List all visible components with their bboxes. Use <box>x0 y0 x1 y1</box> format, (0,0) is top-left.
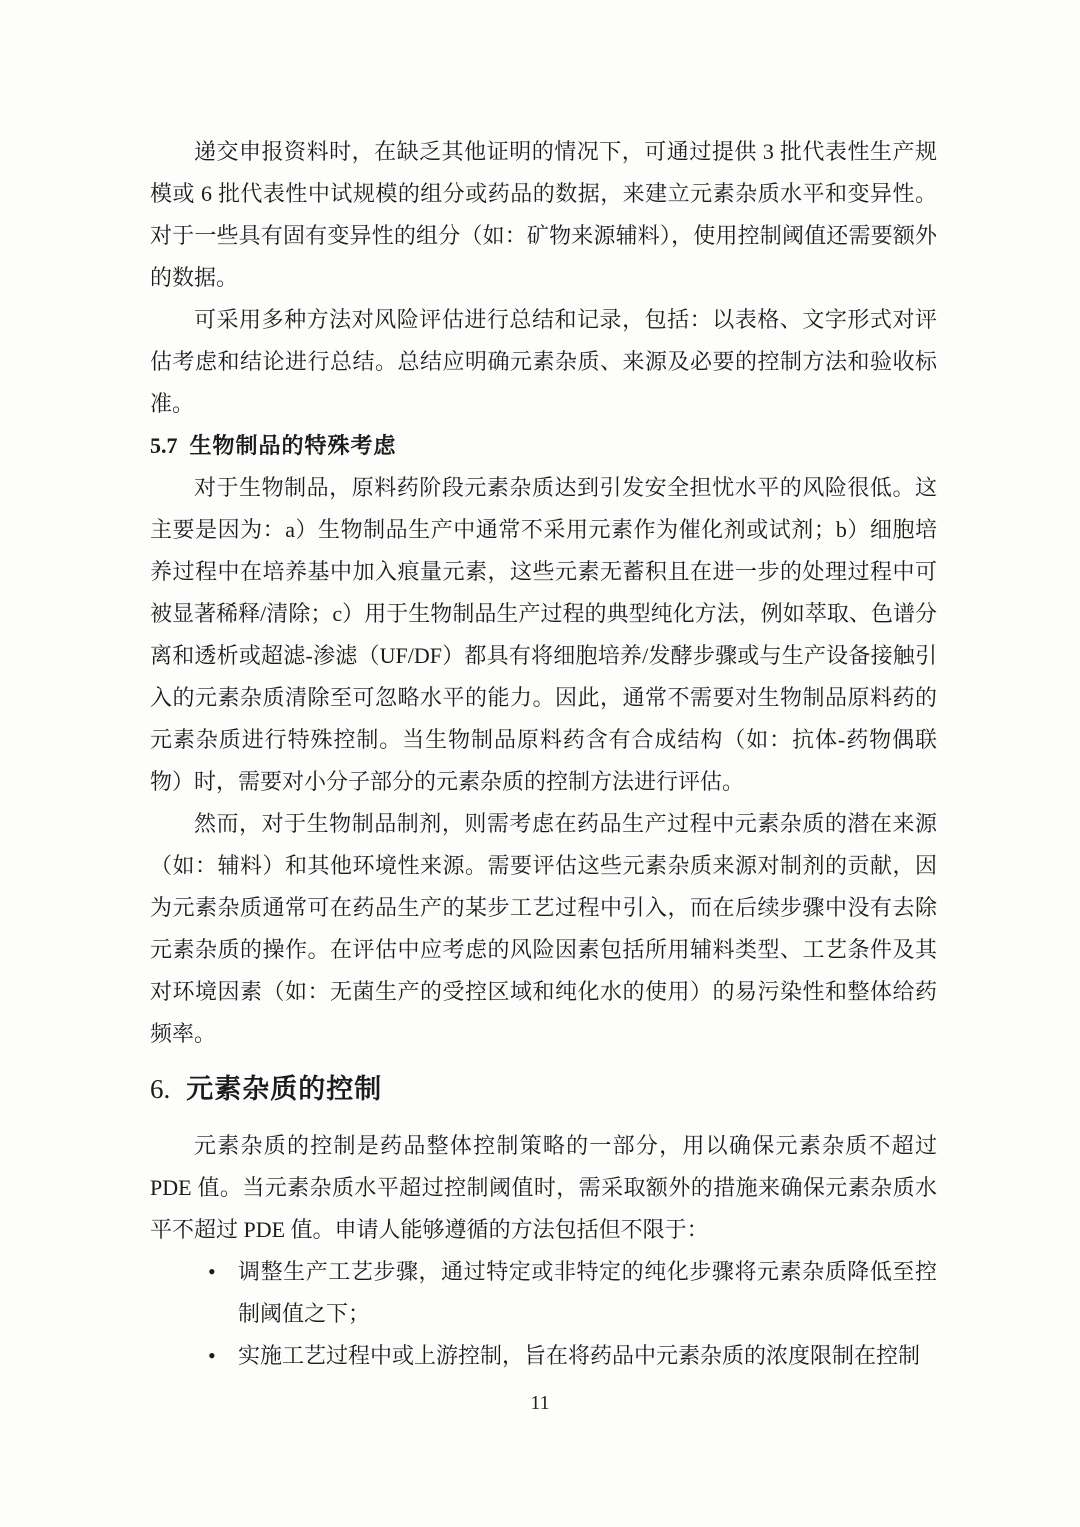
paragraph-biotech-drug-substance: 对于生物制品，原料药阶段元素杂质达到引发安全担忧水平的风险很低。这主要是因为：a… <box>150 467 937 803</box>
section-heading-6-title: 元素杂质的控制 <box>186 1074 382 1104</box>
list-item-text: 实施工艺过程中或上游控制，旨在将药品中元素杂质的浓度限制在控制 <box>238 1343 920 1368</box>
bullet-icon: • <box>208 1251 216 1293</box>
page-number: 11 <box>0 1388 1080 1418</box>
paragraph-risk-assessment-summary: 可采用多种方法对风险评估进行总结和记录，包括：以表格、文字形式对评估考虑和结论进… <box>150 299 937 425</box>
paragraph-control-intro: 元素杂质的控制是药品整体控制策略的一部分，用以确保元素杂质不超过 PDE 值。当… <box>150 1125 937 1251</box>
paragraph-biotech-drug-product: 然而，对于生物制品制剂，则需考虑在药品生产过程中元素杂质的潜在来源（如：辅料）和… <box>150 803 937 1055</box>
section-heading-5-7-number: 5.7 <box>150 433 178 458</box>
document-page: 递交申报资料时，在缺乏其他证明的情况下，可通过提供 3 批代表性生产规模或 6 … <box>0 0 1080 1527</box>
section-heading-5-7-title: 生物制品的特殊考虑 <box>190 433 397 458</box>
list-item: •实施工艺过程中或上游控制，旨在将药品中元素杂质的浓度限制在控制 <box>150 1335 937 1377</box>
section-heading-6: 6.元素杂质的控制 <box>150 1067 937 1111</box>
bullet-icon: • <box>208 1335 216 1377</box>
section-heading-6-number: 6. <box>150 1074 170 1104</box>
document-content: 递交申报资料时，在缺乏其他证明的情况下，可通过提供 3 批代表性生产规模或 6 … <box>150 131 937 1377</box>
list-item-text: 调整生产工艺步骤，通过特定或非特定的纯化步骤将元素杂质降低至控制阈值之下； <box>238 1259 937 1326</box>
paragraph-submission-data: 递交申报资料时，在缺乏其他证明的情况下，可通过提供 3 批代表性生产规模或 6 … <box>150 131 937 299</box>
list-item: •调整生产工艺步骤，通过特定或非特定的纯化步骤将元素杂质降低至控制阈值之下； <box>150 1251 937 1335</box>
control-methods-list: •调整生产工艺步骤，通过特定或非特定的纯化步骤将元素杂质降低至控制阈值之下； •… <box>150 1251 937 1377</box>
section-heading-5-7: 5.7生物制品的特殊考虑 <box>150 425 937 467</box>
